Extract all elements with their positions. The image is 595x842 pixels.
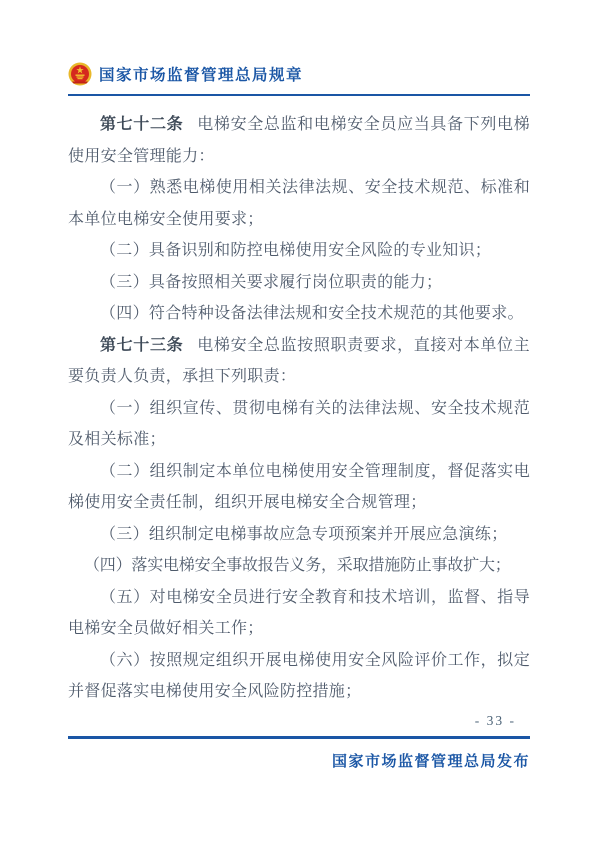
body-paragraph: （二）组织制定本单位电梯使用安全管理制度，督促落实电梯使用安全责任制，组织开展电…: [68, 456, 530, 519]
document-body: 第七十二条电梯安全总监和电梯安全员应当具备下列电梯使用安全管理能力：（一）熟悉电…: [68, 109, 530, 708]
body-paragraph: （五）对电梯安全员进行安全教育和技术培训，监督、指导电梯安全员做好相关工作；: [68, 582, 530, 645]
article-number: 第七十三条: [100, 337, 183, 354]
body-paragraph: （一）组织宣传、贯彻电梯有关的法律法规、安全技术规范及相关标准；: [68, 393, 530, 456]
body-paragraph: （二）具备识别和防控电梯使用安全风险的专业知识；: [68, 235, 530, 267]
header-title: 国家市场监督管理总局规章: [99, 63, 303, 85]
body-paragraph: （四）落实电梯安全事故报告义务，采取措施防止事故扩大；: [68, 550, 530, 582]
publisher-label: 国家市场监督管理总局发布: [68, 750, 530, 771]
body-paragraph: （三）具备按照相关要求履行岗位职责的能力；: [68, 267, 530, 299]
body-paragraph: （三）组织制定电梯事故应急专项预案并开展应急演练；: [68, 519, 530, 551]
page-number: - 33 -: [68, 713, 530, 729]
article-number: 第七十二条: [100, 116, 183, 133]
header-divider: [68, 94, 530, 96]
page-header: 国家市场监督管理总局规章: [68, 60, 530, 87]
body-paragraph: （一）熟悉电梯使用相关法律法规、安全技术规范、标准和本单位电梯安全使用要求；: [68, 172, 530, 235]
body-paragraph: 第七十三条电梯安全总监按照职责要求，直接对本单位主要负责人负责，承担下列职责：: [68, 330, 530, 393]
body-paragraph: 第七十二条电梯安全总监和电梯安全员应当具备下列电梯使用安全管理能力：: [68, 109, 530, 172]
document-page: 国家市场监督管理总局规章 第七十二条电梯安全总监和电梯安全员应当具备下列电梯使用…: [0, 0, 595, 842]
body-paragraph: （四）符合特种设备法律法规和安全技术规范的其他要求。: [68, 298, 530, 330]
body-paragraph: （六）按照规定组织开展电梯使用安全风险评价工作，拟定并督促落实电梯使用安全风险防…: [68, 645, 530, 708]
footer-divider: [68, 736, 530, 739]
national-emblem-icon: [68, 62, 92, 86]
